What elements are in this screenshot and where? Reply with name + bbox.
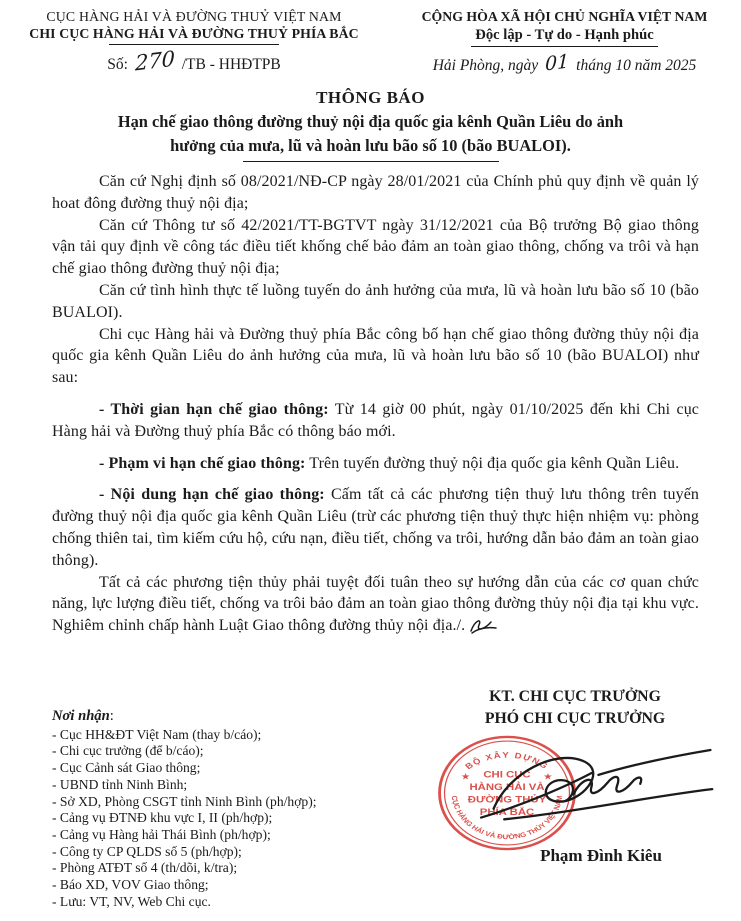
- recipient-item: - Sở XD, Phòng CSGT tỉnh Ninh Bình (ph/h…: [52, 794, 317, 811]
- paragraph-text: Căn cứ tình hình thực tế luồng tuyến do …: [52, 282, 699, 321]
- document-number-handwritten: 270: [132, 48, 178, 75]
- national-motto: CỘNG HÒA XÃ HỘI CHỦ NGHĨA VIỆT NAM: [388, 9, 741, 25]
- recipient-item: - Cảng vụ ĐTNĐ khu vực I, II (ph/hợp);: [52, 810, 317, 827]
- document-page: CỤC HÀNG HẢI VÀ ĐƯỜNG THUỶ VIỆT NAM CHI …: [0, 0, 741, 921]
- signature-block: KT. CHI CỤC TRƯỞNG PHÓ CHI CỤC TRƯỞNG BỘ…: [440, 680, 710, 866]
- paragraph-scope-restriction: - Phạm vi hạn chế giao thông: Trên tuyến…: [52, 453, 699, 475]
- paragraph-announcement: Chi cục Hàng hải và Đường thuỷ phía Bắc …: [52, 324, 699, 389]
- stamp-star-left: ★: [460, 772, 470, 781]
- recipient-item: - Cảng vụ Hàng hải Thái Bình (ph/hợp);: [52, 827, 317, 844]
- recipient-item: - Công ty CP QLDS số 5 (ph/hợp);: [52, 844, 317, 861]
- document-body: Căn cứ Nghị định số 08/2021/NĐ-CP ngày 2…: [0, 171, 741, 637]
- document-footer: Nơi nhận: - Cục HH&ĐT Việt Nam (thay b/c…: [0, 680, 741, 921]
- recipients-heading: Nơi nhận:: [52, 708, 317, 725]
- title-block: THÔNG BÁO Hạn chế giao thông đường thuỷ …: [0, 88, 741, 162]
- recipients-block: Nơi nhận: - Cục HH&ĐT Việt Nam (thay b/c…: [52, 708, 317, 910]
- place-date-line: Hải Phòng, ngày 01 tháng 10 năm 2025: [388, 55, 741, 75]
- paragraph-text: Trên tuyến đường thuỷ nội địa quốc gia k…: [305, 455, 679, 472]
- issuing-agency-block: CỤC HÀNG HẢI VÀ ĐƯỜNG THUỶ VIỆT NAM CHI …: [0, 9, 388, 75]
- paragraph-lead: - Phạm vi hạn chế giao thông:: [99, 455, 305, 472]
- paragraph-lead: - Nội dung hạn chế giao thông:: [99, 486, 325, 503]
- document-type-heading: THÔNG BÁO: [0, 88, 741, 108]
- paragraph-lead: - Thời gian hạn chế giao thông:: [99, 401, 329, 418]
- date-suffix: tháng 10 năm 2025: [576, 57, 696, 74]
- paragraph-compliance: Tất cả các phương tiện thủy phải tuyệt đ…: [52, 572, 699, 637]
- recipients-heading-label: Nơi nhận: [52, 708, 110, 724]
- paragraph-legal-basis-1: Căn cứ Nghị định số 08/2021/NĐ-CP ngày 2…: [52, 171, 699, 215]
- issuing-agency-name: CHI CỤC HÀNG HẢI VÀ ĐƯỜNG THUỶ PHÍA BẮC: [0, 26, 388, 42]
- handwritten-initials: [467, 616, 499, 636]
- handwritten-signature: [474, 732, 714, 832]
- paragraph-legal-basis-2: Căn cứ Thông tư số 42/2021/TT-BGTVT ngày…: [52, 215, 699, 280]
- signer-title-line2: PHÓ CHI CỤC TRƯỞNG: [440, 708, 710, 730]
- document-number-line: Số: 270 /TB - HHĐTPB: [0, 52, 388, 74]
- signer-name: Phạm Đình Kiêu: [466, 846, 736, 866]
- document-number-suffix: /TB - HHĐTPB: [182, 56, 281, 73]
- paragraph-legal-basis-3: Căn cứ tình hình thực tế luồng tuyến do …: [52, 280, 699, 324]
- document-subject-line1: Hạn chế giao thông đường thuỷ nội địa qu…: [0, 110, 741, 134]
- document-subject: Hạn chế giao thông đường thuỷ nội địa qu…: [0, 110, 741, 158]
- subject-underline: [243, 161, 499, 162]
- document-subject-line2: hưởng của mưa, lũ và hoàn lưu bão số 10 …: [0, 134, 741, 158]
- paragraph-content-restriction: - Nội dung hạn chế giao thông: Cấm tất c…: [52, 484, 699, 571]
- recipient-item: - UBND tỉnh Ninh Bình;: [52, 777, 317, 794]
- national-slogan: Độc lập - Tự do - Hạnh phúc: [471, 27, 657, 47]
- document-number-label: Số:: [107, 56, 128, 73]
- agency-underline: [109, 44, 279, 45]
- signer-title-line1: KT. CHI CỤC TRƯỞNG: [440, 686, 710, 708]
- date-prefix: Hải Phòng, ngày: [433, 57, 538, 74]
- paragraph-text: Căn cứ Thông tư số 42/2021/TT-BGTVT ngày…: [52, 217, 699, 278]
- recipient-item: - Chi cục trưởng (để b/cáo);: [52, 743, 317, 760]
- stamp-and-signature-area: BỘ XÂY DỰNG CỤC HÀNG HẢI VÀ ĐƯỜNG THỦY V…: [440, 730, 710, 846]
- recipient-item: - Lưu: VT, NV, Web Chi cục.: [52, 894, 317, 911]
- recipient-item: - Báo XD, VOV Giao thông;: [52, 877, 317, 894]
- recipient-item: - Phòng ATĐT số 4 (th/dõi, k/tra);: [52, 860, 317, 877]
- national-header-block: CỘNG HÒA XÃ HỘI CHỦ NGHĨA VIỆT NAM Độc l…: [388, 9, 741, 75]
- recipient-item: - Cục Cảnh sát Giao thông;: [52, 760, 317, 777]
- recipient-item: - Cục HH&ĐT Việt Nam (thay b/cáo);: [52, 727, 317, 744]
- parent-agency-name: CỤC HÀNG HẢI VÀ ĐƯỜNG THUỶ VIỆT NAM: [0, 9, 388, 25]
- paragraph-text: Tất cả các phương tiện thủy phải tuyệt đ…: [52, 574, 699, 635]
- recipients-heading-colon: :: [110, 708, 114, 724]
- date-day-handwritten: 01: [542, 52, 572, 75]
- document-header: CỤC HÀNG HẢI VÀ ĐƯỜNG THUỶ VIỆT NAM CHI …: [0, 0, 741, 75]
- paragraph-text: Chi cục Hàng hải và Đường thuỷ phía Bắc …: [52, 326, 699, 387]
- paragraph-text: Căn cứ Nghị định số 08/2021/NĐ-CP ngày 2…: [52, 173, 699, 212]
- paragraph-time-restriction: - Thời gian hạn chế giao thông: Từ 14 gi…: [52, 399, 699, 443]
